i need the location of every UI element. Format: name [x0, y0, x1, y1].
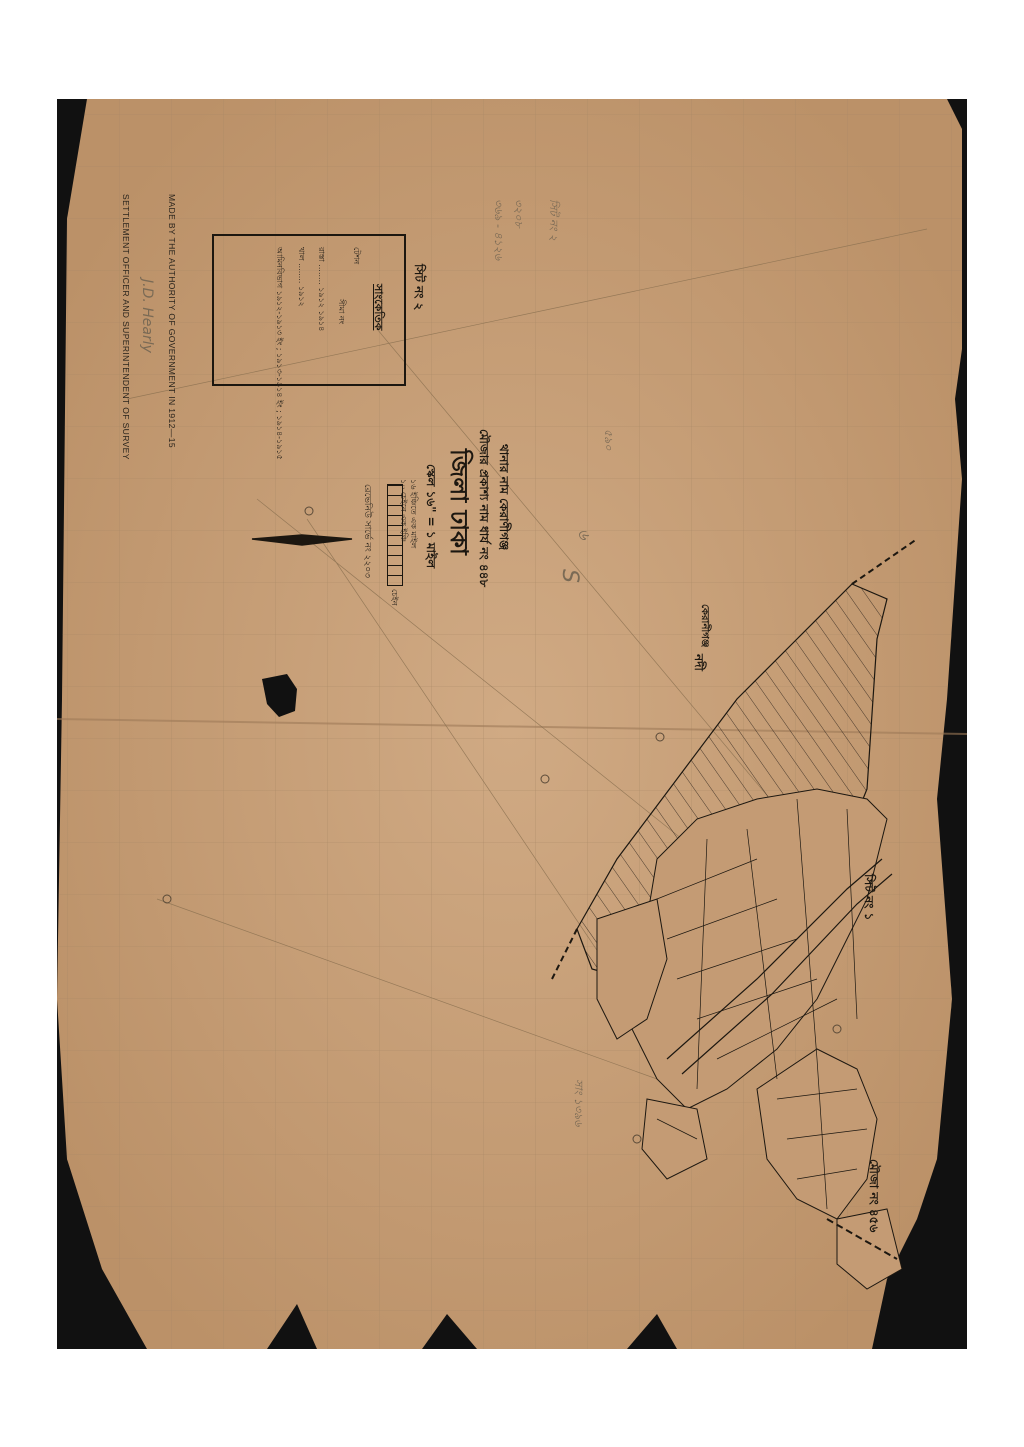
scale-bar	[387, 484, 403, 586]
authority-line-2: SETTLEMENT OFFICER AND SUPERINTENDENT OF…	[121, 194, 131, 460]
road-label: কেরানীগঞ্জ	[695, 604, 712, 647]
sheet-label-right-middle: সিট নং ১	[857, 874, 877, 920]
revenue-survey-number: রেভেনিউ সার্ভে নং ২২০৩	[360, 484, 375, 578]
map-sheet: MADE BY THE AUTHORITY OF GOVERNMENT IN 1…	[57, 99, 967, 1349]
pencil-note: ৫৯০	[598, 429, 617, 450]
signature: J.D. Hearly	[139, 279, 155, 353]
legend-row-station: টেশন	[349, 247, 362, 264]
pencil-note: ৩৬৯ - ৪১২৬	[488, 199, 507, 260]
thana-name: থানার নাম কেরাণীগঞ্জ	[492, 444, 512, 550]
legend-label: রাস্তা	[317, 247, 326, 262]
pencil-note: ৬	[570, 529, 597, 539]
legend-row-boundary: সীমা নং	[334, 299, 347, 324]
legend-label: খাল	[297, 247, 306, 261]
river-label: নদী	[687, 654, 707, 671]
sheet-label-bottom-right: মৌজা নং ৪৫৬	[862, 1159, 882, 1232]
authority-line-1: MADE BY THE AUTHORITY OF GOVERNMENT IN 1…	[167, 194, 177, 448]
scale-text: স্কেল ১৬" = ১ মাইল	[419, 464, 439, 568]
scale-bar-unit: চেইন	[387, 589, 400, 606]
map-drawing	[57, 99, 967, 1349]
legend-row-canal: খাল ........ ১৯১২	[294, 247, 307, 307]
pencil-note: সাং ১৩৯৬	[568, 1079, 587, 1126]
pencil-note: ৩২০৮	[508, 199, 527, 228]
legend-label: আমিনবিভাগ	[275, 247, 284, 288]
legend-row-road: রাস্তা ........ ১৯১২ ১৯১৪	[314, 247, 327, 331]
legend-value: ........ ১৯১২	[297, 263, 306, 307]
pencil-note: S	[557, 569, 582, 583]
pencil-sheet-note: সিট নং ২	[543, 199, 562, 241]
legend-row-amin: আমিনবিভাগ ১৯১২-১৯১৩ ইং ; ১৯১৩-১৯১৪ ইং ; …	[272, 247, 285, 460]
legend-heading: সাংকেতিক	[368, 284, 387, 330]
district-name: জিলা ঢাকা	[437, 449, 477, 555]
legend-value: ........ ১৯১২ ১৯১৪	[317, 264, 326, 331]
legend-value: ১৯১২-১৯১৩ ইং ; ১৯১৩-১৯১৪ ইং ; ১৯১৪-১৯১৫	[275, 291, 284, 460]
sheet-label-top-left: সিট নং ২	[407, 264, 427, 310]
